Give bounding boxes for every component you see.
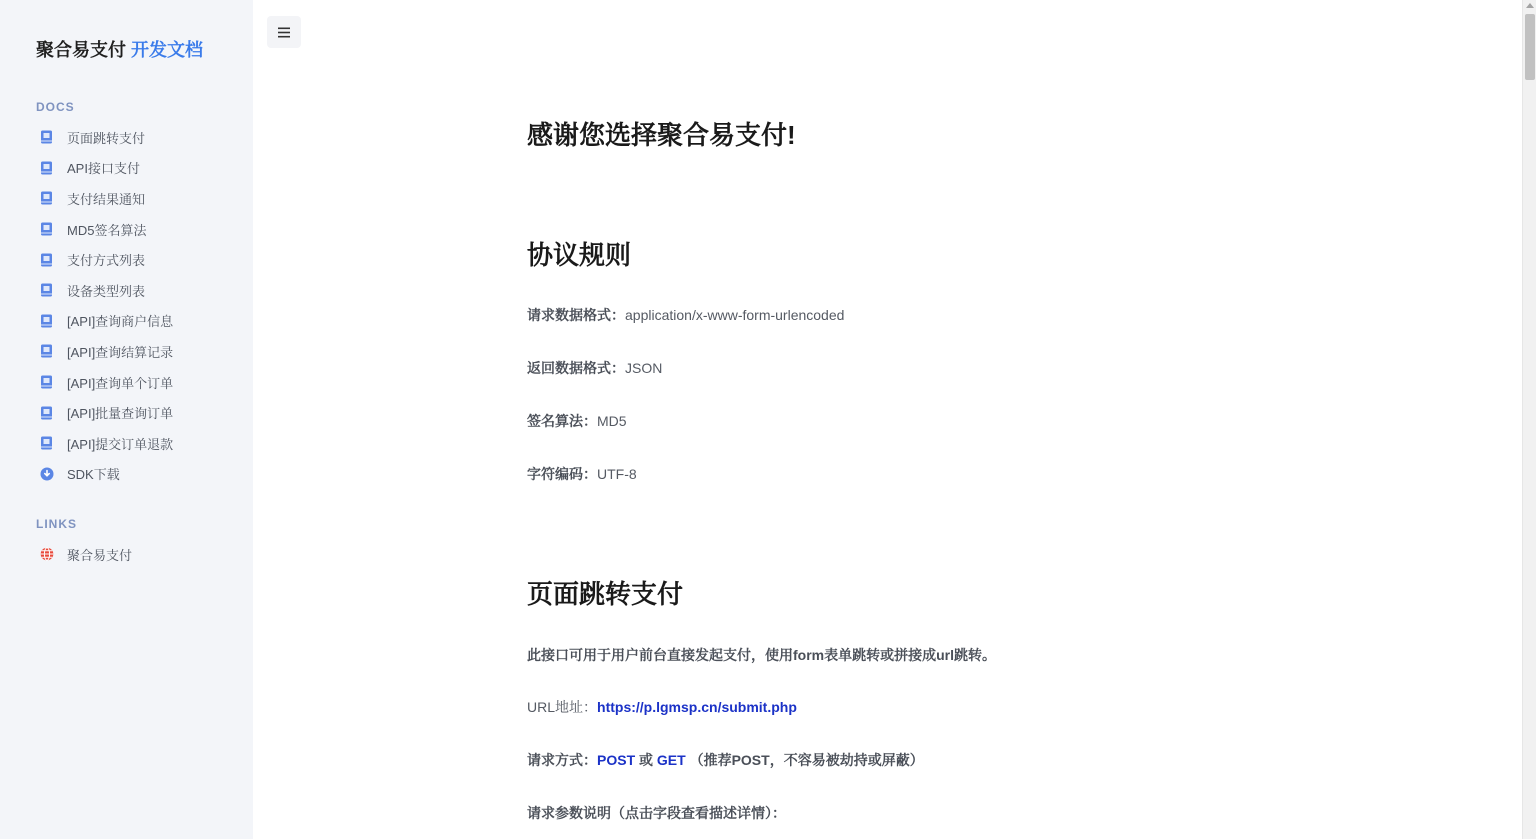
book-icon bbox=[40, 283, 54, 297]
sidebar-link-home[interactable]: 聚合易支付 bbox=[36, 539, 132, 570]
book-icon bbox=[40, 191, 54, 205]
brand-title[interactable]: 聚合易支付 开发文档 bbox=[36, 36, 203, 62]
submit-url-link[interactable]: https://p.lgmsp.cn/submit.php bbox=[597, 699, 797, 715]
book-icon bbox=[40, 436, 54, 450]
page-scrollbar[interactable] bbox=[1522, 0, 1536, 839]
scrollbar-thumb[interactable] bbox=[1525, 14, 1535, 80]
sidebar-item-query-merchant[interactable]: [API]查询商户信息 bbox=[36, 306, 173, 337]
sidebar-item-query-settlement[interactable]: [API]查询结算记录 bbox=[36, 336, 173, 367]
hamburger-icon bbox=[278, 27, 290, 38]
book-icon bbox=[40, 161, 54, 175]
book-icon bbox=[40, 344, 54, 358]
sidebar-item-api-pay[interactable]: API接口支付 bbox=[36, 153, 173, 184]
protocol-row-sign-algo: 签名算法：MD5 bbox=[527, 411, 627, 431]
book-icon bbox=[40, 375, 54, 389]
page-pay-heading: 页面跳转支付 bbox=[527, 574, 683, 611]
book-icon bbox=[40, 130, 54, 144]
sidebar-item-pay-types[interactable]: 支付方式列表 bbox=[36, 244, 173, 275]
sidebar-item-batch-query[interactable]: [API]批量查询订单 bbox=[36, 397, 173, 428]
book-icon bbox=[40, 314, 54, 328]
sidebar-item-device-types[interactable]: 设备类型列表 bbox=[36, 275, 173, 306]
book-icon bbox=[40, 406, 54, 420]
sidebar-item-sdk-download[interactable]: SDK下载 bbox=[36, 459, 173, 490]
method-post: POST bbox=[597, 752, 635, 768]
docs-nav: 页面跳转支付 API接口支付 支付结果通知 MD5签名算法 支付方式列表 设备类… bbox=[36, 122, 173, 489]
protocol-heading: 协议规则 bbox=[527, 235, 631, 272]
protocol-row-response-format: 返回数据格式：JSON bbox=[527, 358, 662, 378]
sidebar-item-page-pay[interactable]: 页面跳转支付 bbox=[36, 122, 173, 153]
links-nav: 聚合易支付 bbox=[36, 539, 132, 570]
page-title: 感谢您选择聚合易支付! bbox=[527, 115, 796, 152]
menu-toggle-button[interactable] bbox=[267, 16, 301, 48]
sidebar-item-notify[interactable]: 支付结果通知 bbox=[36, 183, 173, 214]
sidebar-item-query-order[interactable]: [API]查询单个订单 bbox=[36, 367, 173, 398]
sidebar-item-refund[interactable]: [API]提交订单退款 bbox=[36, 428, 173, 459]
links-section-title: LINKS bbox=[36, 517, 77, 531]
docs-section-title: DOCS bbox=[36, 100, 75, 114]
brand-accent: 开发文档 bbox=[131, 40, 203, 60]
book-icon bbox=[40, 222, 54, 236]
download-icon bbox=[40, 467, 54, 481]
protocol-row-request-format: 请求数据格式：application/x-www-form-urlencoded bbox=[527, 305, 844, 325]
scroll-up-arrow-icon[interactable] bbox=[1526, 3, 1534, 8]
page-pay-params-label: 请求参数说明（点击字段查看描述详情）： bbox=[527, 803, 786, 823]
method-get: GET bbox=[657, 752, 686, 768]
page-pay-url-row: URL地址：https://p.lgmsp.cn/submit.php bbox=[527, 697, 797, 717]
sidebar: 聚合易支付 开发文档 DOCS 页面跳转支付 API接口支付 支付结果通知 MD… bbox=[0, 0, 253, 839]
globe-icon bbox=[40, 547, 54, 561]
page-pay-description: 此接口可用于用户前台直接发起支付，使用form表单跳转或拼接成url跳转。 bbox=[527, 645, 996, 665]
sidebar-item-md5[interactable]: MD5签名算法 bbox=[36, 214, 173, 245]
book-icon bbox=[40, 253, 54, 267]
brand-main: 聚合易支付 bbox=[36, 40, 126, 60]
page-pay-method-row: 请求方式：POST 或 GET （推荐POST，不容易被劫持或屏蔽） bbox=[527, 750, 924, 770]
protocol-row-charset: 字符编码：UTF-8 bbox=[527, 464, 637, 484]
